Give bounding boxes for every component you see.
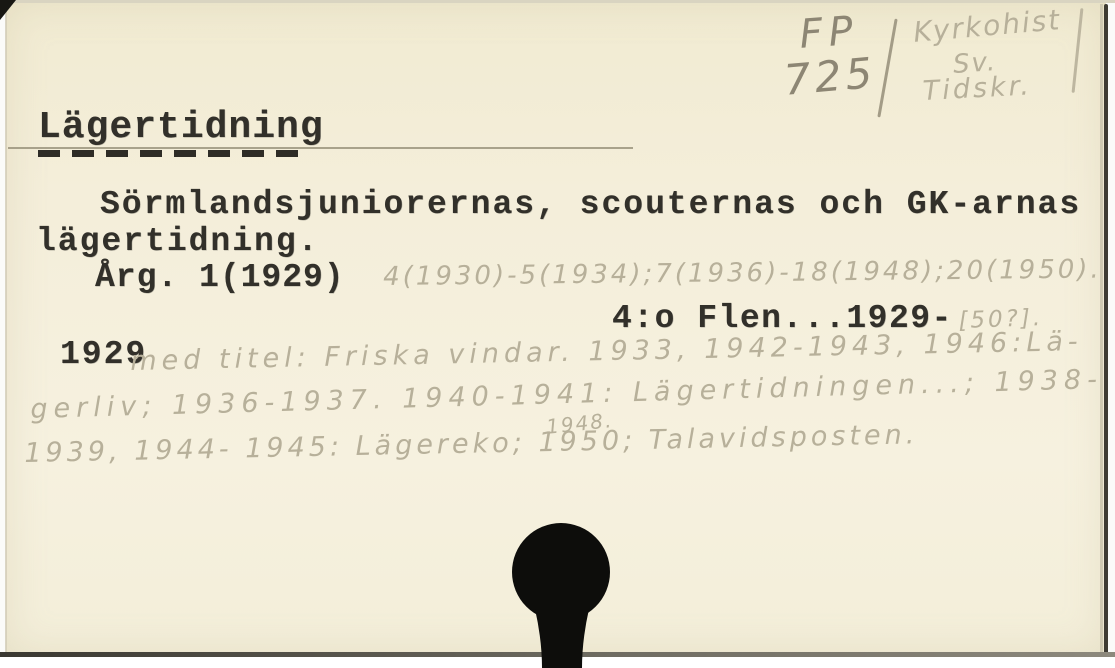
title-dashed-underline xyxy=(38,150,306,157)
title-rule-line xyxy=(8,147,633,149)
card-left-edge xyxy=(5,0,7,655)
card-right-edge-light xyxy=(1100,4,1103,654)
card-punch-hole-icon xyxy=(480,515,642,668)
holdings-typed: Årg. 1(1929) xyxy=(95,259,345,296)
subject-note-line3: Tidskr. xyxy=(922,70,1033,107)
scanned-catalog-card-page: { "card": { "classification": { "code_li… xyxy=(0,0,1115,668)
card-top-edge xyxy=(0,0,1115,3)
description-line2: lägertidning. xyxy=(36,223,319,260)
scan-corner-artifact xyxy=(0,0,16,20)
description-line1: Sörmlandsjuniorernas, scouternas och GK-… xyxy=(100,186,1081,223)
shelfmark-code-line2: 725 xyxy=(782,48,878,105)
card-title: Lägertidning xyxy=(38,106,324,149)
card-right-edge xyxy=(1104,4,1108,654)
